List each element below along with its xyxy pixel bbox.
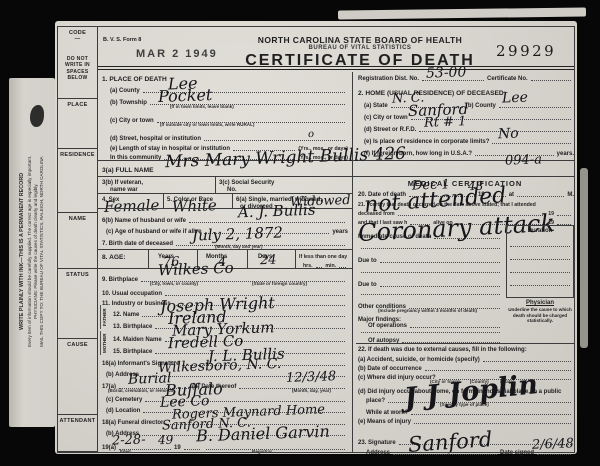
certificate-no-label: Certificate No. [487,76,528,82]
birthplace-note-1: (City, town, or county) [150,281,198,286]
physician-note: Underline the cause to which death shoul… [506,307,574,324]
do-not-write-label: DO NOT WRITE IN SPACES BELOW [58,56,97,81]
duration-box: Duration [506,225,574,298]
margin-attendant-label: ATTENDANT [58,415,97,451]
sex-value: Female [104,198,160,215]
home-street-value: Rt # 1 [424,115,467,129]
bureau-name: BUREAU OF VITAL STATISTICS [225,45,495,51]
full-name-label: 3(a) FULL NAME [102,167,154,174]
place-of-death-title: 1. PLACE OF DEATH [102,76,167,83]
received-date-stamp: MAR 2 1949 [136,48,218,60]
informant-address-value: Wilkesboro, N. C. [158,357,282,375]
physician-title: Physician [506,300,574,306]
age-days-value: 24 [260,254,277,268]
age-label: 8. AGE: [102,254,126,261]
veteran-ssn-divider [215,176,216,193]
spouse-row: 6(b) Name of husband or wife [102,218,348,224]
date-signed-value: 2/6/48 [532,437,574,451]
other-conditions-note: (Include pregnancy within 3 months of de… [378,308,477,313]
blank-rule-2 [358,270,503,274]
margin-label-column: CODE — DO NOT WRITE IN SPACES BELOW PLAC… [57,26,98,452]
while-at-work-row: While at work? [366,410,574,416]
margin-status-label: STATUS [58,269,97,339]
age-div-4 [295,249,296,268]
blank-rule-1 [358,246,503,250]
birthplace-note-2: (State or foreign country) [252,281,307,286]
home-corp-value: No [498,127,519,142]
birthdate-value: July 2, 1872 [192,225,283,243]
accident-row: (a) Accident, suicide, or homicide (spec… [358,357,574,363]
county-row: (a) County [110,88,348,94]
scan-edge-artifact-top [338,7,586,19]
instruction-line-2: Every item of information should be care… [27,84,32,419]
registration-dist-label: Registration Dist. No. [358,76,419,82]
margin-code-box: CODE — DO NOT WRITE IN SPACES BELOW [58,27,97,99]
duration-line [510,234,570,247]
birthplace-value: Wilkes Co [158,261,234,279]
age-div-3 [247,249,248,268]
birthplace-row: 9. Birthplace [102,277,348,283]
form-bottom-border [57,452,575,453]
form-number: B. V. S. Form 8 [103,37,141,43]
margin-residence-label: RESIDENCE [58,149,97,213]
mother-strip-label: MOTHER [100,331,107,355]
margin-code-dash: — [58,36,97,42]
duration-line [510,273,570,286]
physician-note-box: Physician Underline the cause to which d… [506,300,574,340]
home-foreign-suffix: years. [557,151,574,157]
burial-date-note: (Month, day, year) [292,388,331,393]
margin-name-label: NAME [58,213,97,269]
means-of-injury-row: (e) Means of injury [358,419,574,425]
spouse-value: A. J. Bullis [238,203,316,221]
city-note: (If outside city or town limits, write R… [160,122,254,127]
form-right-border [574,26,575,452]
name-row-bottom-rule [98,176,575,177]
code-value: 094-a [505,153,542,167]
scan-edge-artifact-right [580,168,588,348]
township-value: Pocket [158,87,213,105]
sex-race-divider [163,193,164,208]
blank-rule-4 [358,330,503,334]
filed-year-value: 49 [158,434,174,447]
street-row: (d) Street, hospital or institution [110,136,348,142]
registration-dist-value: 53-00 [426,65,467,80]
home-title: 2. HOME (USUAL RESIDENCE) OF DECEASED: [358,90,506,97]
org-name: NORTH CAROLINA STATE BOARD OF HEALTH [225,35,495,45]
occurrence-date-row: (b) Date of occurrence [358,366,574,372]
instruction-line-4: MAIL THIS COPY TO: THE BUREAU OF VITAL S… [39,84,44,419]
veteran-label-1: 3(b) If veteran, [102,180,143,186]
registrar-value: B. Daniel Garvin [196,424,330,445]
age-less-label: If less than one day [299,254,347,260]
home-street-row: (d) Street or R.F.D. [364,127,574,133]
instruction-line-3: PHYSICIANS: Please write the causes of d… [33,84,38,419]
father-strip-label: FATHER [100,305,107,329]
due-to-row-1: Due to [358,258,503,264]
margin-place-label: PLACE [58,99,97,149]
section-22-top-rule [356,343,575,344]
filed-date-value: 2-28- [112,433,146,447]
burial-date-value: 12/3/48 [286,370,337,385]
due-to-row-2: Due to [358,282,503,288]
ssn-label-1: 3(c) Social Security [219,180,274,186]
spouse-age-suffix: years [332,229,348,235]
home-county-value: Lee [502,91,528,106]
scanned-death-certificate: WRITE PLAINLY WITH INK—THIS IS A PERMANE… [0,0,600,466]
left-margin-instructions: WRITE PLAINLY WITH INK—THIS IS A PERMANE… [9,78,55,427]
margin-cause-label: CAUSE [58,339,97,415]
race-marital-divider [232,193,233,208]
duration-line [510,260,570,273]
age-div-1 [148,249,149,268]
form-top-rule [57,26,575,27]
serial-number: 29929 [496,42,556,60]
header-double-rule [98,66,575,70]
blank-rule-3 [358,292,503,296]
duration-line [510,247,570,260]
race-value: White [172,198,217,215]
age-box-top [98,249,352,250]
external-causes-label: 22. If death was due to external causes,… [358,347,527,353]
home-city-row: (c) City or town [364,115,574,121]
instruction-line-1: WRITE PLAINLY WITH INK—THIS IS A PERMANE… [20,84,26,419]
column-divider [352,72,353,452]
operations-row: Of operations [368,323,503,329]
